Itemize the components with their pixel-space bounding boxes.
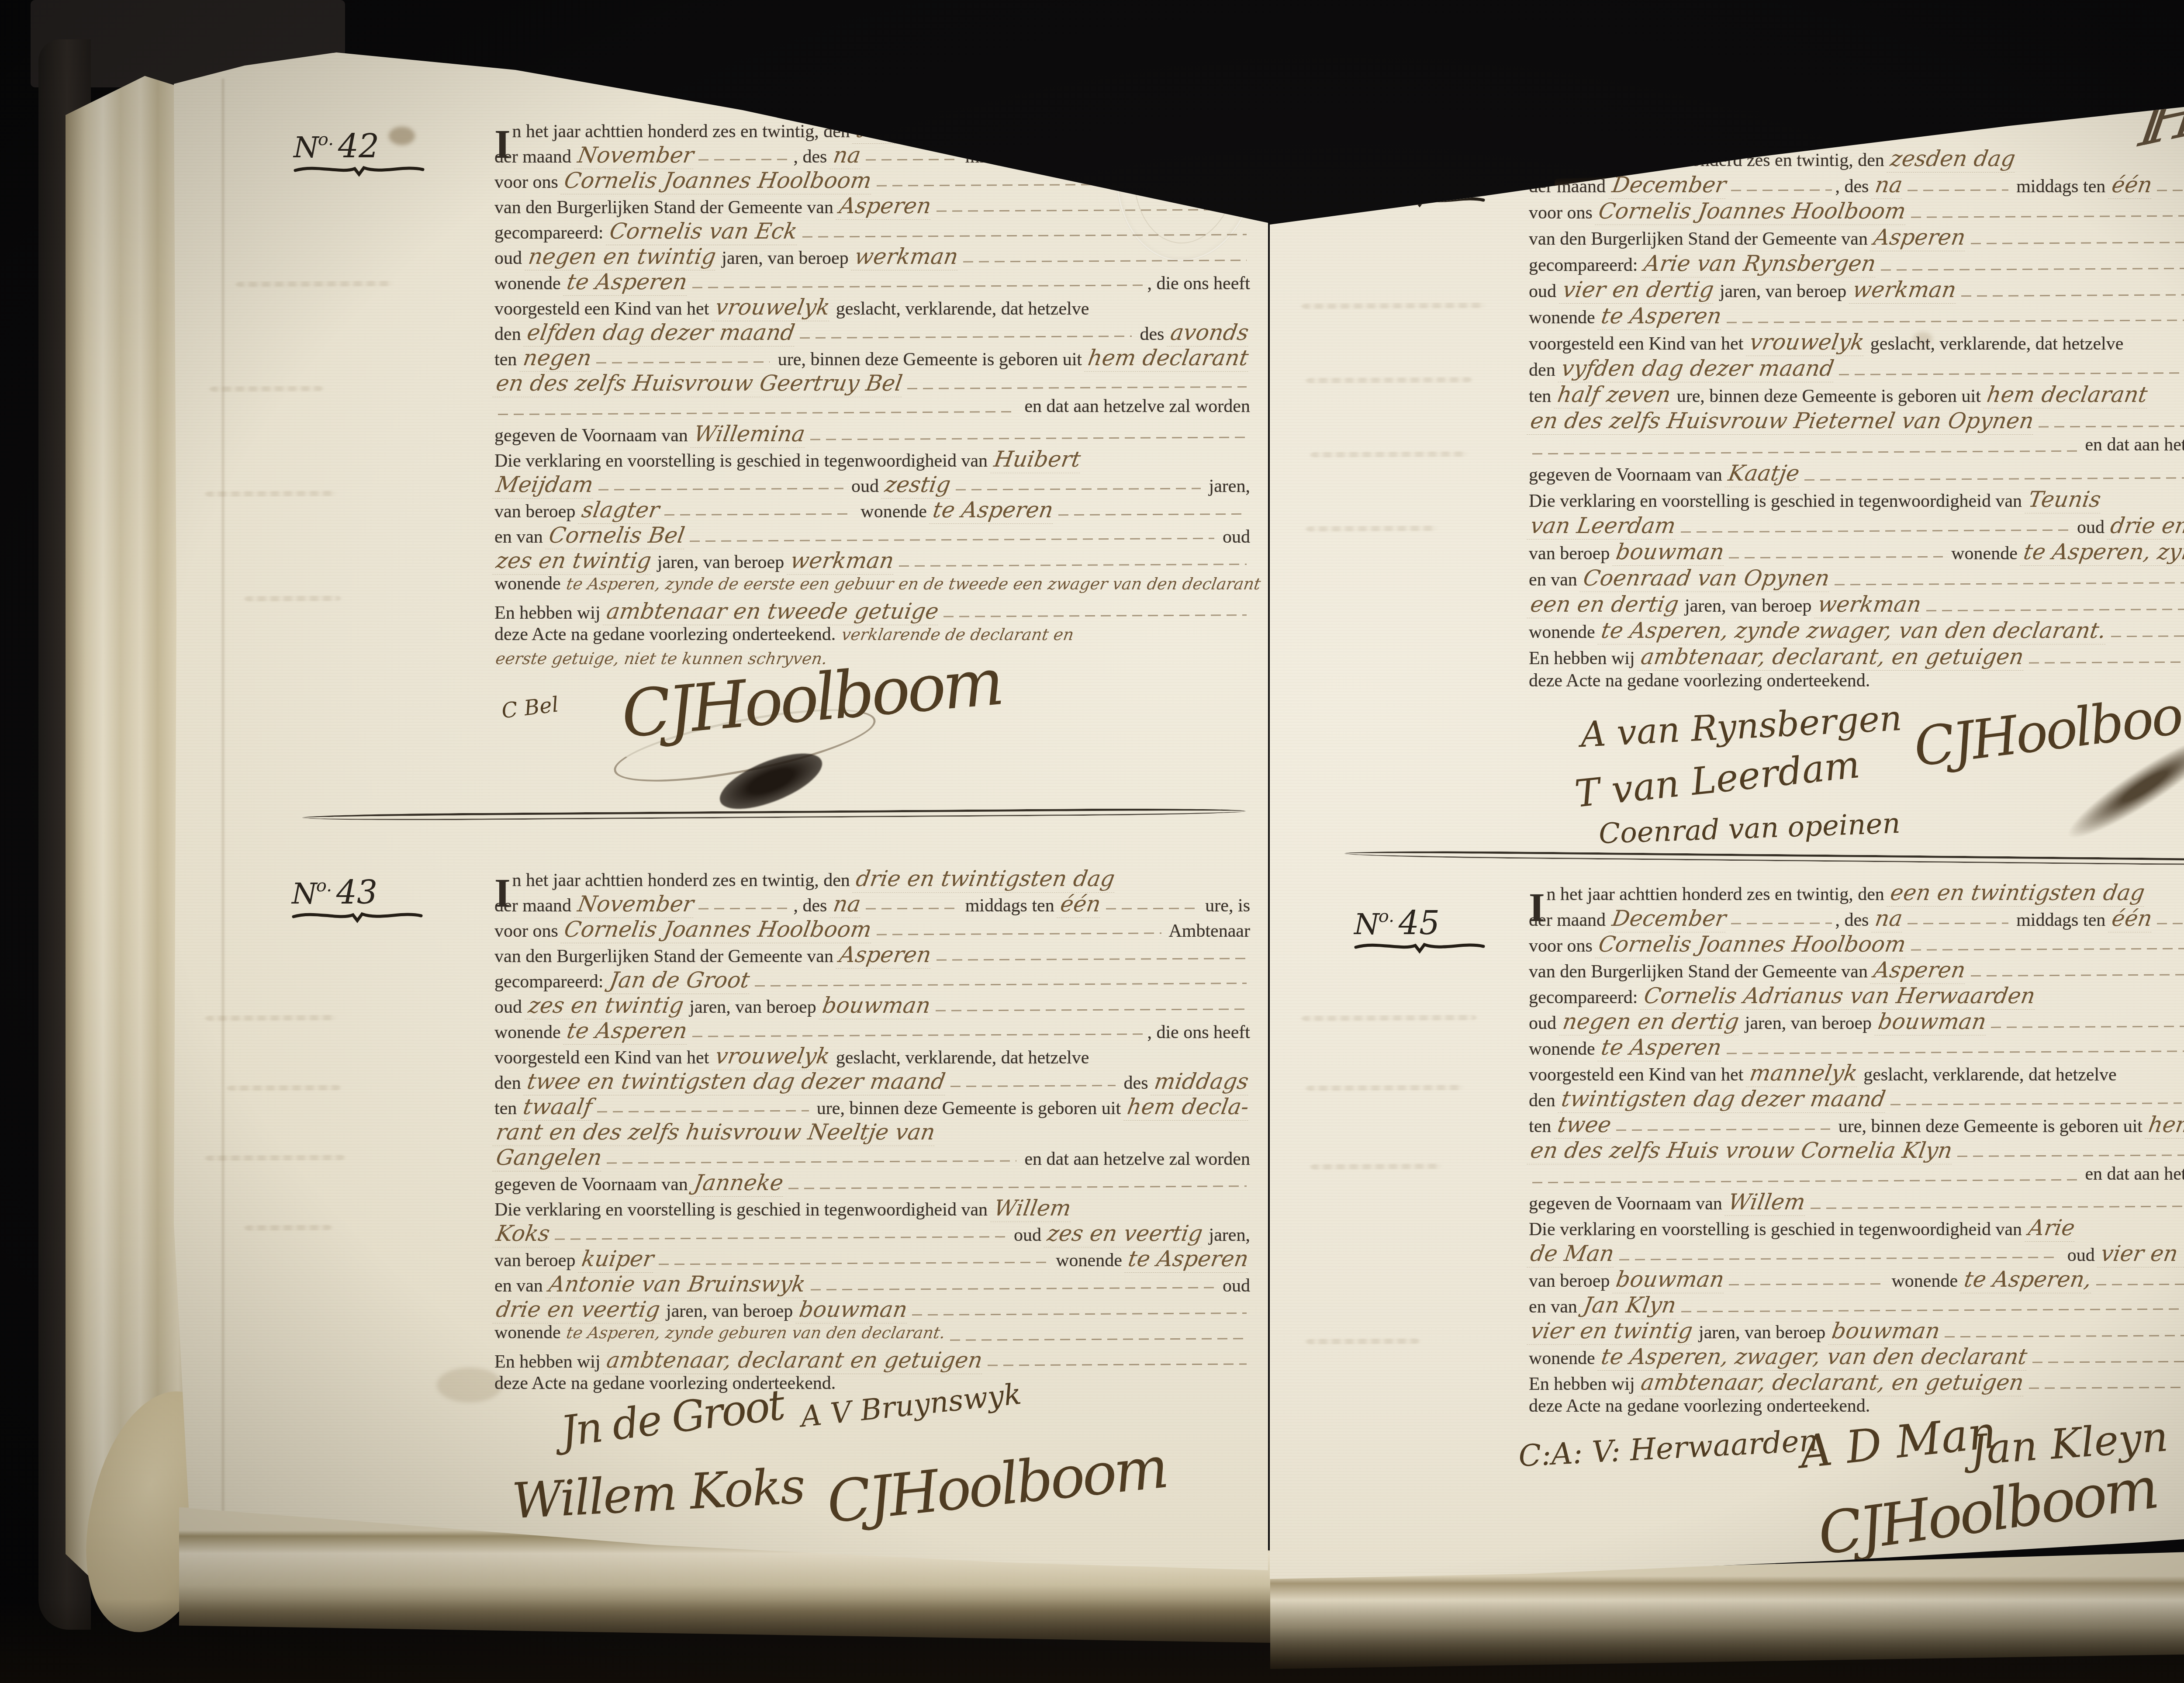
form-line: wonende te Asperen, die ons heeft [494, 1018, 1250, 1043]
handwritten-text: te Asperen [563, 269, 691, 296]
ruled-line [596, 361, 770, 364]
printed-text: , des [793, 146, 832, 167]
form-line: gegeven de Voornaam van Janneke [494, 1170, 1250, 1195]
printed-text: oud [847, 476, 883, 497]
ruled-line [936, 958, 1247, 961]
ruled-line [2029, 1386, 2184, 1389]
printed-text: voor ons [1529, 935, 1597, 956]
entry-number-ordinal: o. [1379, 160, 1394, 180]
handwritten-text: te Asperen, [1960, 1267, 2095, 1293]
handwritten-text: één [1057, 142, 1104, 169]
form-line: wonende te Asperen, zynde zwager, van de… [1529, 618, 2184, 644]
printed-text: wonende [1529, 1039, 1600, 1060]
ruled-line [963, 260, 1247, 262]
form-line: Die verklaring en voorstelling is geschi… [1529, 1215, 2184, 1241]
handwritten-text: Willem [1724, 1189, 1809, 1216]
handwritten-text: twaalf [519, 1094, 596, 1121]
printed-text: wonende [494, 273, 565, 294]
printed-text: den [1529, 360, 1560, 381]
form-line: der maand December, des na middags ten é… [1529, 906, 2184, 932]
ruled-line [1619, 1257, 2060, 1260]
entry-number-label: No.43 [292, 874, 423, 925]
handwritten-text: bouwman [1612, 539, 1728, 566]
printed-text: wonende [494, 573, 565, 594]
form-line: oud negen en dertig jaren, van beroep bo… [1529, 1009, 2184, 1035]
printed-text: jaren, [1204, 1225, 1250, 1246]
bleed-through-ghost [205, 491, 336, 497]
printed-text: oud [1218, 526, 1251, 547]
printed-text: deze Acte na gedane voorlezing onderteek… [494, 1373, 836, 1394]
printed-text: oud [1218, 1275, 1251, 1296]
handwritten-text: te Asperen [930, 497, 1057, 524]
form-line: en van Coenraad van Opynen oud [1529, 565, 2184, 592]
form-line: der maand December, des na middags ten é… [1529, 172, 2184, 198]
handwritten-text: Coenraad van Opynen [1579, 565, 1833, 592]
printed-text: deze Acte na gedane voorlezing onderteek… [1529, 670, 1870, 691]
form-line: oud vier en dertig jaren, van beroep wer… [1529, 277, 2184, 303]
printed-text: gecompareerd: [1529, 255, 1642, 276]
handwritten-text: Arie van Rynsbergen [1640, 251, 1879, 277]
handwritten-text: werkman [851, 244, 962, 270]
handwritten-text: hem decla- [1123, 1094, 1252, 1121]
handwritten-text: half zeven [1554, 382, 1674, 409]
printed-text: , die ons heeft [1147, 1022, 1250, 1043]
ruled-line [800, 336, 1132, 339]
form-line: voorgesteld een Kind van het mannelyk ge… [1529, 1060, 2184, 1086]
entry-divider-rule [302, 807, 1246, 821]
handwritten-text: één [2108, 172, 2156, 199]
printed-text: wonende [494, 1322, 565, 1343]
ruled-line [597, 1110, 809, 1113]
printed-text: gegeven de Voornaam van [494, 425, 692, 446]
printed-text: en dat aan hetzelve zal worden [1020, 396, 1250, 417]
printed-text: wonende [1947, 543, 2022, 564]
printed-text: en dat aan hetzelve zal worden [1020, 1149, 1250, 1170]
printed-text: jaren, van beroep [662, 1301, 798, 1322]
printed-text: , die ons heeft [1147, 273, 1250, 294]
printed-text: gecompareerd: [494, 971, 608, 992]
form-line: deze Acte na gedane voorlezing onderteek… [1529, 1396, 2184, 1421]
bleed-through-ghost [205, 1155, 345, 1161]
birth-record-entry-42: No.42 In het jaar achttien honderd zes e… [494, 117, 1250, 675]
ruled-line [1971, 241, 2184, 244]
form-line: wonende te Asperen, zwager, van den decl… [1529, 1344, 2184, 1370]
printed-text: voor ons [1529, 202, 1597, 223]
ruled-line [1681, 1308, 2184, 1312]
printed-text: ure, binnen deze Gemeente is geboren uit [773, 349, 1086, 370]
printed-text: oud [494, 997, 527, 1018]
ruled-line [692, 1033, 1144, 1037]
handwritten-text: December [1608, 906, 1730, 932]
printed-text: En hebben wij [494, 1351, 605, 1372]
handwritten-text: vier en twintig [1527, 1318, 1696, 1345]
bleed-through-ghost [245, 596, 341, 601]
ruled-line [1681, 530, 2069, 533]
handwritten-text: te Asperen, zynde gebuur [2020, 539, 2184, 566]
ruled-line [899, 564, 1247, 567]
printed-text: jaren, van beroep [1694, 1322, 1830, 1343]
handwritten-text: Antonie van Bruinswyk [545, 1271, 809, 1298]
printed-text: , des [1835, 176, 1873, 197]
ruled-line [690, 538, 1214, 542]
printed-text: des [1119, 1073, 1153, 1094]
printed-text: jaren, van beroep [717, 248, 853, 269]
ruled-line [755, 983, 1247, 987]
form-line: wonende te Asperen, die ons heeft [1529, 1035, 2184, 1060]
form-line: En hebben wij ambtenaar, declarant, en g… [1529, 644, 2184, 670]
handwritten-text: bouwman [1612, 1267, 1728, 1293]
form-line: drie en veertig jaren, van beroep bouwma… [494, 1297, 1250, 1322]
printed-text: gecompareerd: [1529, 987, 1642, 1008]
handwritten-text: December [1608, 172, 1730, 199]
printed-text: voorgesteld een Kind van het [1529, 333, 1748, 354]
ruled-line [988, 1363, 1247, 1366]
handwritten-text: Willem [990, 1195, 1075, 1222]
printed-text: wonende [1529, 1348, 1600, 1369]
handwritten-text: bouwman [819, 993, 934, 1019]
printed-text: oud [1529, 281, 1561, 302]
form-line: wonende te Asperen, die ons heeft [494, 269, 1250, 294]
printed-text: van beroep [494, 501, 580, 522]
handwritten-text: bouwman [1874, 1009, 1990, 1035]
entry-form-lines: In het jaar achttien honderd zes en twin… [1529, 146, 2184, 696]
ruled-line [1106, 159, 1197, 160]
form-line: voor ons Cornelis Joannes Hoolboom Ambte… [1529, 932, 2184, 957]
handwritten-text: ambtenaar, declarant, en getuigen [1637, 644, 2027, 671]
handwritten-text: Cornelis Joannes Hoolboom [1595, 198, 1910, 225]
handwritten-text: drie en dertig [2107, 513, 2184, 540]
handwritten-text: zes en twintig [492, 548, 655, 575]
handwritten-note: te Asperen, zynde de eerste een gebuur e… [564, 575, 1264, 593]
entry-number: 45 [1399, 904, 1440, 942]
printed-text: En hebben wij [1529, 648, 1639, 669]
ruled-line [555, 1236, 1006, 1240]
form-line: Die verklaring en voorstelling is geschi… [1529, 487, 2184, 513]
form-line: en dat aan hetzelve zal worden [1529, 434, 2184, 461]
entry-divider-rule [1344, 850, 2184, 866]
ruled-line [877, 184, 1161, 186]
ruled-line [936, 1008, 1247, 1011]
ruled-line [1911, 215, 2184, 218]
printed-text: ten [1529, 1116, 1556, 1137]
printed-text: deze Acte na gedane voorlezing onderteek… [494, 624, 840, 645]
printed-text: voorgesteld een Kind van het [494, 298, 714, 319]
handwritten-text: Koks [492, 1221, 553, 1247]
handwritten-text: Cornelis Adrianus van Herwaarden [1640, 983, 2039, 1010]
handwritten-text: te Asperen [563, 1018, 691, 1045]
form-line: En hebben wij ambtenaar, declarant en ge… [494, 1347, 1250, 1373]
form-line: zes en twintig jaren, van beroep werkman [494, 548, 1250, 573]
handwritten-text: en des zelfs Huisvrouw Geertruy Bel [492, 371, 906, 397]
entry-number-label: No.42 [294, 128, 425, 178]
handwritten-text: vrouwelyk [712, 1043, 833, 1070]
entry-number-prefix: N [292, 877, 316, 911]
form-line: Die verklaring en voorstelling is geschi… [494, 447, 1250, 472]
form-line: deze Acte na gedane voorlezing onderteek… [1529, 670, 2184, 696]
signature: CJHoolboom [824, 1434, 1169, 1537]
handwritten-text: middags [1151, 1069, 1252, 1095]
handwritten-text: drie en veertig [492, 1297, 663, 1323]
handwritten-text: avonds [1167, 320, 1252, 346]
ruled-line [912, 1312, 1247, 1316]
form-line: Die verklaring en voorstelling is geschi… [494, 1195, 1250, 1221]
ruled-line [1727, 1050, 2184, 1054]
handwritten-text: elfden dag dezer maand [523, 320, 798, 346]
handwritten-text: drie en twintigsten dag [852, 866, 1118, 893]
ruled-line [1957, 1154, 2184, 1157]
form-line: gecompareerd: Arie van Rynsbergen [1529, 251, 2184, 277]
printed-text: en van [1529, 1296, 1582, 1317]
handwritten-text: na [829, 891, 864, 918]
form-line: En hebben wij ambtenaar en tweede getuig… [494, 599, 1250, 624]
handwritten-text: twaalfden dag [852, 117, 1017, 144]
printed-text: gegeven de Voornaam van [1529, 1193, 1727, 1214]
handwritten-text: twee en twintigsten dag dezer maand [523, 1069, 949, 1095]
form-line: der maand November, des na middags ten é… [494, 142, 1250, 168]
ruled-line [1945, 1334, 2184, 1337]
form-line: van den Burgerlijken Stand der Gemeente … [1529, 957, 2184, 983]
handwritten-text: ambtenaar, declarant, en getuigen [1637, 1370, 2027, 1396]
form-line: gecompareerd: Jan de Groot [494, 967, 1250, 993]
entry-form-lines: In het jaar achttien honderd zes en twin… [494, 866, 1250, 1398]
form-line: den vyfden dag dezer maand des avonds [1529, 356, 2184, 382]
form-line: voorgesteld een Kind van het vrouwelyk g… [1529, 329, 2184, 356]
printed-text: jaren, van beroep [1740, 1013, 1876, 1034]
printed-text: voor ons [494, 921, 563, 942]
bleed-through-ghost [1306, 377, 1472, 383]
handwritten-text: Jan de Groot [606, 967, 753, 994]
form-line: van beroep bouwman wonende te Asperen, z… [1529, 539, 2184, 565]
printed-text: van beroep [1529, 543, 1614, 564]
handwritten-text: Teunis [2025, 487, 2105, 513]
form-line: In het jaar achttien honderd zes en twin… [1529, 880, 2184, 906]
printed-text: gegeven de Voornaam van [494, 1174, 692, 1195]
handwritten-text: Cornelis van Eck [606, 218, 801, 245]
form-line: een en dertig jaren, van beroep werkman [1529, 592, 2184, 618]
handwritten-text: te Asperen [1597, 303, 1725, 330]
ruled-line [1729, 556, 1943, 559]
printed-text: , des [1835, 910, 1873, 931]
handwritten-text: twee [1554, 1112, 1615, 1139]
form-line: voor ons Cornelis Joannes Hoolboom Ambte… [1529, 198, 2184, 225]
printed-text: van den Burgerlijken Stand der Gemeente … [1529, 961, 1872, 982]
form-line: wonende te Asperen, zynde geburen van de… [494, 1322, 1250, 1347]
handwritten-text: Cornelis Joannes Hoolboom [561, 168, 875, 194]
bleed-through-ghost [227, 1085, 341, 1091]
printed-text: gegeven de Voornaam van [1529, 464, 1727, 485]
printed-text: n het jaar achttien honderd zes en twint… [1547, 150, 1889, 171]
ruled-line [2029, 661, 2184, 663]
ruled-line [1890, 1102, 2182, 1105]
bleed-through-ghost [1310, 1164, 1441, 1170]
handwritten-text: een en dertig [1527, 592, 1682, 618]
printed-text: oud [2063, 1245, 2099, 1266]
signature: T van Leerdam [1573, 743, 1862, 816]
handwritten-text: na [1871, 172, 1906, 199]
handwritten-text: werkman [1849, 277, 1960, 304]
handwritten-text: werkman [1814, 592, 1925, 618]
form-line: Koks oud zes en veertig jaren, [494, 1221, 1250, 1246]
handwritten-text: bouwman [1828, 1318, 1943, 1345]
printed-text: middags ten [2012, 910, 2110, 931]
ruled-line [664, 513, 853, 516]
form-line: en van Cornelis Bel oud [494, 523, 1250, 548]
handwritten-text: Cornelis Bel [545, 523, 688, 549]
entry-number: 44 [1399, 158, 1440, 196]
printed-text: n het jaar achttien honderd zes en twint… [512, 121, 855, 142]
ruled-line [2032, 1360, 2184, 1363]
handwritten-note: te Asperen, zynde geburen van den declar… [564, 1323, 948, 1342]
ruled-line [1811, 1205, 2184, 1209]
handwritten-text: en des zelfs Huis vrouw Cornelia Klyn [1527, 1138, 1956, 1164]
entry-form-lines: In het jaar achttien honderd zes en twin… [494, 117, 1250, 675]
shadow [0, 1599, 2184, 1683]
handwritten-text: vrouwelyk [712, 294, 833, 321]
signature: C Bel [500, 692, 560, 724]
ruled-line [811, 1287, 1215, 1291]
ruled-line [866, 159, 957, 160]
ruled-line [2111, 635, 2184, 637]
form-line: en dat aan hetzelve zal worden [494, 396, 1250, 421]
handwritten-text: November [574, 891, 697, 918]
printed-text: geslacht, verklarende, dat hetzelve [831, 1047, 1089, 1068]
ruled-line [1961, 294, 2184, 297]
form-line: en van Antonie van Bruinswyk oud [494, 1271, 1250, 1297]
form-line: gegeven de Voornaam van Kaatje [1529, 461, 2184, 487]
form-line: In het jaar achttien honderd zes en twin… [1529, 146, 2184, 172]
handwritten-text: hem declarant [1984, 382, 2151, 409]
handwritten-text: vier en veertig [2097, 1241, 2184, 1267]
handwritten-text: één [1057, 891, 1104, 918]
printed-text: ten [494, 349, 522, 370]
entry-number: 43 [336, 874, 377, 911]
form-line: van beroep slagter wonende te Asperen [494, 497, 1250, 523]
printed-text: ure, is [1201, 895, 1250, 916]
printed-text: jaren, [1204, 476, 1250, 497]
bleed-through-ghost [1306, 1085, 1463, 1091]
ruled-line [2157, 189, 2184, 191]
printed-text: en van [494, 526, 547, 547]
handwritten-text: November [574, 142, 697, 169]
handwritten-text: vier en dertig [1559, 277, 1717, 304]
ruled-line [802, 234, 1247, 237]
printed-text: jaren, van beroep [1680, 596, 1816, 616]
form-line: en des zelfs Huisvrouw Geertruy Bel [494, 371, 1250, 396]
printed-text: ten [1529, 386, 1556, 407]
form-line: van den Burgerlijken Stand der Gemeente … [494, 942, 1250, 967]
ruled-line [2039, 425, 2184, 427]
entry-number-prefix: N [1354, 907, 1379, 941]
form-line: der maand November, des na middags ten é… [494, 891, 1250, 917]
printed-text: ure, binnen deze Gemeente is geboren uit [1834, 1116, 2147, 1137]
ruled-line [1729, 1283, 1883, 1285]
printed-text: den [494, 324, 525, 345]
form-line: gegeven de Voornaam van Willem [1529, 1189, 2184, 1215]
printed-text: Die verklaring en voorstelling is geschi… [494, 450, 992, 471]
handwritten-text: Meijdam [492, 472, 597, 499]
printed-text: Die verklaring en voorstelling is geschi… [1529, 491, 2027, 512]
printed-text: oud [494, 248, 527, 269]
printed-text: n het jaar achttien honderd zes en twint… [1547, 884, 1889, 905]
ruled-line [698, 159, 790, 160]
handwritten-text: hem declarant [1085, 345, 1252, 372]
form-line: En hebben wij ambtenaar, declarant, en g… [1529, 1370, 2184, 1396]
printed-text: Ambtenaar [1165, 921, 1250, 942]
form-line: ten negen ure, binnen deze Gemeente is g… [494, 345, 1250, 371]
form-line: voor ons Cornelis Joannes Hoolboom Ambte… [494, 917, 1250, 942]
handwritten-text: te Asperen [1597, 1035, 1725, 1061]
ruled-line [1532, 1179, 2077, 1184]
printed-text: van beroep [1529, 1271, 1614, 1292]
form-line: ten half zeven ure, binnen deze Gemeente… [1529, 382, 2184, 408]
form-line: en van Jan Klyn oud [1529, 1292, 2184, 1318]
ruled-line [1881, 267, 2184, 270]
form-line: den elfden dag dezer maand des avonds [494, 320, 1250, 345]
form-line: deze Acte na gedane voorlezing onderteek… [494, 624, 1250, 649]
printed-text: voorgesteld een Kind van het [1529, 1064, 1748, 1085]
label-flourish [1354, 193, 1485, 209]
entry-number-ordinal: o. [318, 129, 334, 149]
ruled-line [936, 209, 1247, 212]
entry-number-label: No.45 [1354, 904, 1485, 955]
handwritten-text: te Asperen [1125, 1246, 1252, 1273]
handwritten-text: van Leerdam [1527, 513, 1679, 540]
printed-text: van den Burgerlijken Stand der Gemeente … [494, 197, 838, 218]
bleed-through-ghost [1306, 1338, 1420, 1344]
ruled-line [907, 386, 1247, 389]
handwritten-text: Huibert [990, 447, 1084, 473]
handwritten-text: negen en dertig [1559, 1009, 1742, 1035]
handwritten-text: Kaatje [1724, 461, 1803, 487]
handwritten-note: verklarende de declarant en [839, 625, 1076, 644]
ruled-line [1532, 450, 2077, 455]
printed-text: den [1529, 1090, 1560, 1111]
paper-stain [437, 1368, 502, 1402]
printed-text: wonende [494, 1022, 565, 1043]
form-line: van beroep kuiper wonende te Asperen [494, 1246, 1250, 1271]
handwritten-text: zesden dag [1887, 146, 2019, 173]
printed-text: Ambtenaar [1165, 172, 1250, 193]
printed-text: middags ten [961, 146, 1059, 167]
entry-number-ordinal: o. [316, 876, 332, 896]
form-line: en des zelfs Huis vrouw Cornelia Klyn [1529, 1138, 2184, 1164]
ruled-line [498, 411, 1016, 415]
printed-text: van den Burgerlijken Stand der Gemeente … [1529, 229, 1872, 249]
bleed-through-ghost [1302, 1015, 1476, 1021]
handwritten-text: Cornelis Joannes Hoolboom [561, 917, 875, 943]
entry-number: 42 [338, 128, 379, 165]
ruled-line [2157, 922, 2184, 924]
printed-text: ure, binnen deze Gemeente is geboren uit [812, 1098, 1125, 1119]
ruled-line [788, 1185, 1247, 1189]
form-line: Meijdam oud zestig jaren, [494, 472, 1250, 497]
ruled-line [1106, 907, 1197, 909]
handwritten-text: na [1871, 906, 1906, 932]
printed-text: en van [494, 1275, 547, 1296]
handwritten-text: Arie [2025, 1215, 2078, 1242]
printed-text: ure, is [1201, 146, 1250, 167]
printed-text: geslacht, verklarende, dat hetzelve [831, 298, 1089, 319]
handwritten-text: zes en twintig [525, 993, 687, 1019]
handwritten-text: een en twintigsten dag [1887, 880, 2148, 907]
printed-text: wonende [1051, 1250, 1127, 1271]
ruled-line [1971, 973, 2184, 977]
printed-text: jaren, van beroep [653, 552, 788, 573]
ruled-line [810, 436, 1247, 440]
ruled-line [943, 614, 1247, 617]
printed-text: ure, binnen deze Gemeente is geboren uit [1672, 386, 1985, 407]
handwritten-text: na [829, 142, 864, 169]
